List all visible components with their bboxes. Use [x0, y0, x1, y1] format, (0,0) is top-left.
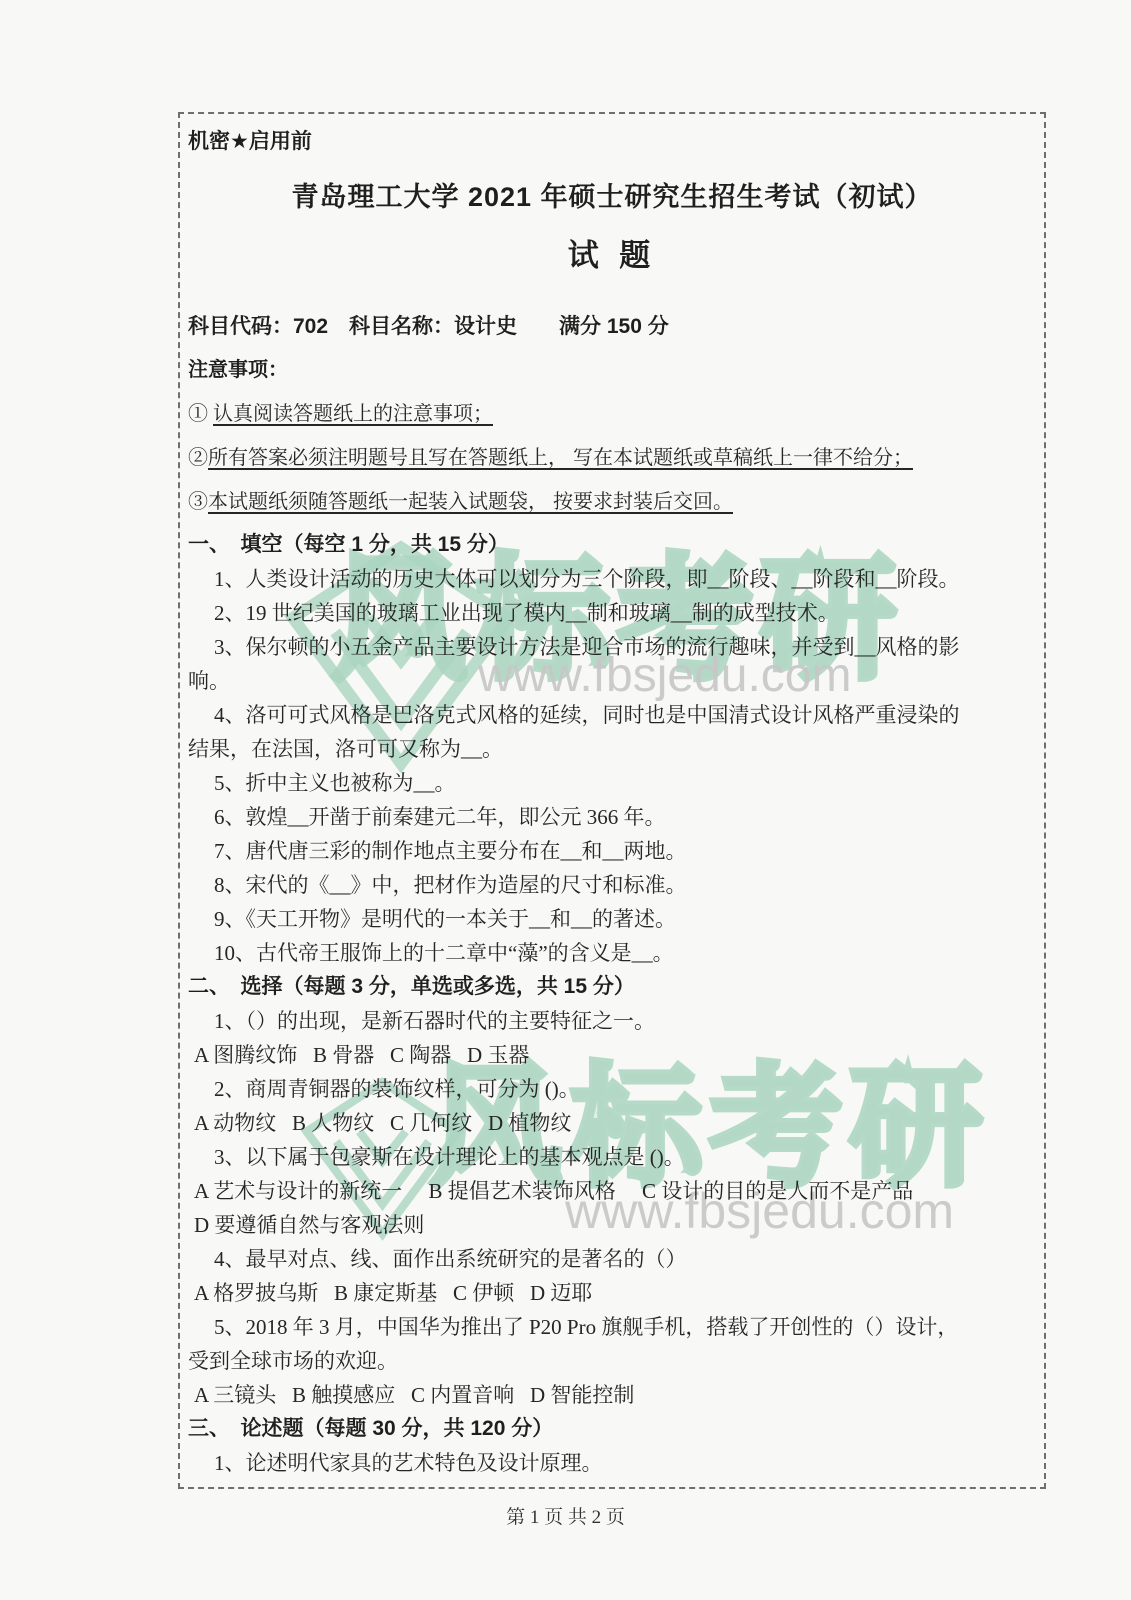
- choice-options-4: A 格罗披乌斯 B 康定斯基 C 伊顿 D 迈耶: [188, 1276, 1036, 1310]
- note-number: ③: [188, 491, 208, 513]
- fill-item-2: 2、19 世纪美国的玻璃工业出现了模内__制和玻璃__制的成型技术。: [188, 596, 1036, 630]
- confidential-label: 机密★启用前: [188, 128, 1036, 156]
- fill-item-4: 4、洛可可式风格是巴洛克式风格的延续，同时也是中国清式设计风格严重浸染的: [188, 698, 1036, 732]
- fill-item-9: 9、《天工开物》是明代的一本关于__和__的著述。: [188, 902, 1036, 936]
- notes-heading: 注意事项：: [188, 356, 1036, 384]
- choice-options-3a: A 艺术与设计的新统一 B 提倡艺术装饰风格 C 设计的目的是人而不是产品: [188, 1174, 1036, 1208]
- scanned-exam-page: 风标考研 www.fbsjedu.com 风标考研 www.fbsjedu.co…: [0, 0, 1131, 1600]
- choice-options-3b: D 要遵循自然与客观法则: [188, 1208, 1036, 1242]
- fill-item-1: 1、人类设计活动的历史大体可以划分为三个阶段，即__阶段、__阶段和__阶段。: [188, 562, 1036, 596]
- note-text: 本试题纸须随答题纸一起装入试题袋， 按要求封装后交回。: [208, 491, 733, 513]
- choice-question-5: 5、2018 年 3 月，中国华为推出了 P20 Pro 旗舰手机，搭载了开创性…: [188, 1310, 1036, 1344]
- exam-title: 青岛理工大学 2021 年硕士研究生招生考试（初试）: [188, 182, 1036, 212]
- choice-options-1: A 图腾纹饰 B 骨器 C 陶器 D 玉器: [188, 1038, 1036, 1072]
- choice-question-2: 2、商周青铜器的装饰纹样，可分为 ()。: [188, 1072, 1036, 1106]
- fill-item-8: 8、宋代的《__》中，把材作为造屋的尺寸和标准。: [188, 868, 1036, 902]
- note-item-3: ③本试题纸须随答题纸一起装入试题袋， 按要求封装后交回。: [188, 488, 1036, 516]
- page-footer: 第 1 页 共 2 页: [0, 1502, 1131, 1529]
- choice-options-2: A 动物纹 B 人物纹 C 几何纹 D 植物纹: [188, 1106, 1036, 1140]
- note-number: ②: [188, 447, 208, 469]
- note-item-2: ②所有答案必须注明题号且写在答题纸上， 写在本试题纸或草稿纸上一律不给分；: [188, 444, 1036, 472]
- section-heading-choice: 二、 选择（每题 3 分，单选或多选，共 15 分）: [188, 970, 1036, 1004]
- fill-item-3: 3、保尔顿的小五金产品主要设计方法是迎合市场的流行趣味，并受到__风格的影: [188, 630, 1036, 664]
- subject-info-line: 科目代码：702 科目名称：设计史 满分 150 分: [188, 312, 1036, 342]
- fill-item-4-cont: 结果，在法国，洛可可又称为__。: [188, 732, 1036, 766]
- fill-item-3-cont: 响。: [188, 664, 1036, 698]
- note-item-1: ① 认真阅读答题纸上的注意事项；: [188, 400, 1036, 428]
- choice-options-5: A 三镜头 B 触摸感应 C 内置音响 D 智能控制: [188, 1378, 1036, 1412]
- fill-item-5: 5、折中主义也被称为__。: [188, 766, 1036, 800]
- choice-question-5-cont: 受到全球市场的欢迎。: [188, 1344, 1036, 1378]
- paper-type-title: 试 题: [188, 234, 1036, 278]
- note-number: ①: [188, 403, 213, 425]
- note-text: 所有答案必须注明题号且写在答题纸上， 写在本试题纸或草稿纸上一律不给分；: [208, 447, 913, 469]
- exam-sheet-border: 机密★启用前 青岛理工大学 2021 年硕士研究生招生考试（初试） 试 题 科目…: [178, 112, 1046, 1489]
- section-heading-fill: 一、 填空（每空 1 分，共 15 分）: [188, 528, 1036, 562]
- fill-item-10: 10、古代帝王服饰上的十二章中“藻”的含义是__。: [188, 936, 1036, 970]
- fill-item-7: 7、唐代唐三彩的制作地点主要分布在__和__两地。: [188, 834, 1036, 868]
- choice-question-3: 3、以下属于包豪斯在设计理论上的基本观点是 ()。: [188, 1140, 1036, 1174]
- section-heading-essay: 三、 论述题（每题 30 分，共 120 分）: [188, 1412, 1036, 1446]
- choice-question-1: 1、（）的出现，是新石器时代的主要特征之一。: [188, 1004, 1036, 1038]
- choice-question-4: 4、最早对点、线、面作出系统研究的是著名的（）: [188, 1242, 1036, 1276]
- note-text: 认真阅读答题纸上的注意事项；: [213, 403, 493, 425]
- essay-item-1: 1、论述明代家具的艺术特色及设计原理。: [188, 1446, 1036, 1480]
- fill-item-6: 6、敦煌__开凿于前秦建元二年，即公元 366 年。: [188, 800, 1036, 834]
